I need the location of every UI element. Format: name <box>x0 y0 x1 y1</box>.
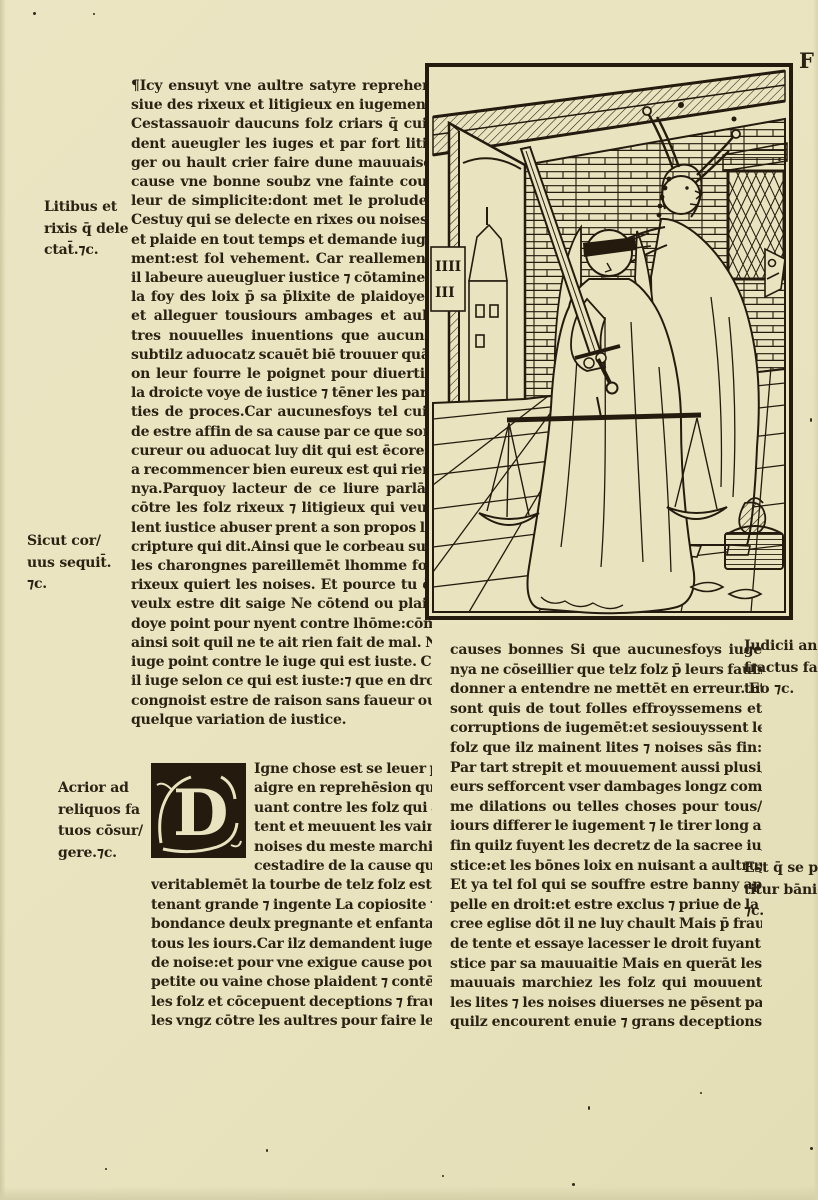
initial-letter: D <box>173 776 228 851</box>
text-line: ctat̄.⁊c. <box>44 240 144 262</box>
ink-speck <box>33 12 36 15</box>
text-line: quelque variation de iustice. <box>131 711 432 730</box>
decorated-initial-D: D <box>151 763 246 858</box>
text-line: gere.⁊c. <box>58 843 148 865</box>
marginal-note-litibus: Litibus etrixis q̄ delectat̄.⁊c. <box>44 197 144 262</box>
book-page: ¶Icy ensuyt vne aultre satyre reprehensi… <box>0 0 818 1200</box>
text-line: petite ou vaine chose plaident ⁊ contēde… <box>151 973 432 992</box>
text-line: leur de simplicite:dont met le prolude. <box>131 192 432 211</box>
marginal-note-acrior: Acrior adreliquos fatuos cōsur/gere.⁊c. <box>58 778 148 864</box>
text-line: ¶Icy ensuyt vne aultre satyre reprehen <box>131 77 432 96</box>
initial-woodcut: D <box>151 763 246 858</box>
page-edge-left <box>0 0 6 1200</box>
text-line: les charongnes pareillemēt lhomme fol <box>131 557 432 576</box>
text-line: il labeure aueugluer iustice ⁊ cōtaminer <box>131 269 432 288</box>
text-line: la droicte voye de iustice ⁊ tēner les p… <box>131 384 432 403</box>
text-line: a recommencer bien eureux est qui rien <box>131 461 432 480</box>
text-line: causes bonnes Si que aucunesfoys iuge <box>450 641 762 661</box>
woodcut-drawing: IIII III <box>429 67 789 616</box>
text-line: fin quilz fuyent les decretz de la sacre… <box>450 837 762 857</box>
ink-speck <box>700 1092 702 1094</box>
text-line: on leur fourre le poignet pour diuertir <box>131 365 432 384</box>
text-line: il iuge selon ce qui est iuste:⁊ que en … <box>131 672 432 691</box>
ink-speck <box>588 1106 590 1110</box>
woodcut-justice-and-fool: IIII III <box>425 63 793 620</box>
text-line: rixis q̄ dele <box>44 219 144 241</box>
text-line: Igne chose est se leuer plus <box>254 760 432 779</box>
text-line: mauuais marchiez les folz qui mouuent <box>450 974 762 994</box>
text-line: Litibus et <box>44 197 144 219</box>
text-line: dent aueugler les iuges et par fort liti… <box>131 135 432 154</box>
text-line: congnoist estre de raison sans faueur ou <box>131 692 432 711</box>
text-line: et alleguer tousiours ambages et aul/ <box>131 307 432 326</box>
text-line: tuos cōsur/ <box>58 821 148 843</box>
text-line: me dilations ou telles choses pour tous/ <box>450 798 762 818</box>
ink-speck <box>810 1147 813 1150</box>
text-line: siue des rixeux et litigieux en iugement <box>131 96 432 115</box>
text-line: subtilz aduocatz scauēt biē trouuer quāt <box>131 346 432 365</box>
text-line: cureur ou aduocat luy dit qui est ēcores <box>131 442 432 461</box>
numeral-IIII: IIII <box>435 259 461 275</box>
text-line: quilz encourent enuie ⁊ grans deceptions <box>450 1013 762 1033</box>
text-line: les folz et cōcepuent deceptions ⁊ fraud… <box>151 993 432 1012</box>
main-text-column-lower-left: D Igne chose est se leuer plusaigre en r… <box>151 760 432 1032</box>
text-line: tous les iours.Car ilz demandent iugemēt <box>151 935 432 954</box>
text-line: ment:est fol vehement. Car reallement <box>131 250 432 269</box>
text-line: cause vne bonne soubz vne fainte cou/ <box>131 173 432 192</box>
text-line: Sicut cor/ <box>27 531 137 553</box>
text-line: de noise:et pour vne exigue cause pour t… <box>151 954 432 973</box>
text-line: ties de proces.Car aucunesfoys tel cui/ <box>131 403 432 422</box>
text-line: cestadire de la cause qui riē ne vault M… <box>254 857 432 876</box>
ink-speck <box>810 418 812 422</box>
text-line: veulx estre dit saige Ne cōtend ou plai/ <box>131 595 432 614</box>
main-text-column-upper: ¶Icy ensuyt vne aultre satyre reprehensi… <box>131 77 432 730</box>
text-line: iuge point contre le iuge qui est iuste.… <box>131 653 432 672</box>
text-line: folz que ilz mainent lites ⁊ noises sās … <box>450 739 762 759</box>
text-line: cōtre les folz rixeux ⁊ litigieux qui ve… <box>131 499 432 518</box>
text-line: reliquos fa <box>58 800 148 822</box>
text-line: cree eglise dōt il ne luy chault Mais p̄… <box>450 915 762 935</box>
text-line: iours differer le iugement ⁊ le tirer lo… <box>450 817 762 837</box>
text-line: nya ne cōseillier que telz folz p̄ leurs… <box>450 661 762 681</box>
text-line: ger ou hault crier faire dune mauuaise <box>131 154 432 173</box>
page-edge-bottom <box>0 1186 818 1200</box>
text-line: et plaide en tout temps et demande iuge <box>131 231 432 250</box>
text-line: Par tart strepit et mouuement aussi plus… <box>450 759 762 779</box>
text-line: rixeux quiert les noises. Et pource tu q… <box>131 576 432 595</box>
text-line: ⁊c. <box>27 574 137 596</box>
marginal-note-sicut-corvus: Sicut cor/uus sequit̄.⁊c. <box>27 531 137 596</box>
text-line: veritablemēt la tourbe de telz folz est … <box>151 876 432 895</box>
roman-numerals-panel: IIII III <box>431 247 465 311</box>
ink-speck <box>778 158 781 161</box>
ink-speck <box>105 1168 107 1170</box>
main-text-column-right: causes bonnes Si que aucunesfoys iugenya… <box>450 641 762 1033</box>
text-line: eurs sefforcent vser dambages longz com <box>450 778 762 798</box>
text-line: sont quis de tout folles effroyssemens e… <box>450 700 762 720</box>
text-line: bondance deulx pregnante et enfantant <box>151 915 432 934</box>
ink-speck <box>93 13 95 15</box>
text-line: uant contre les folz qui agi <box>254 799 432 818</box>
text-line: de tente et essaye lacesser le droit fuy… <box>450 935 762 955</box>
text-line: pelle en droit:et estre exclus ⁊ priue d… <box>450 896 762 916</box>
folio-mark: F <box>799 48 814 73</box>
text-line: stice par sa mauuaitie Mais en querāt le… <box>450 955 762 975</box>
ink-speck <box>266 1149 268 1152</box>
text-line: tres nouuelles inuentions que aucuns <box>131 327 432 346</box>
text-line: cripture qui dit.Ainsi que le corbeau su… <box>131 538 432 557</box>
numeral-III: III <box>435 285 455 301</box>
text-line: Acrior ad <box>58 778 148 800</box>
text-line: donner a entendre ne mettēt en erreur. E… <box>450 680 762 700</box>
text-line: Cestassauoir daucuns folz criars q̄ cui/ <box>131 115 432 134</box>
text-line: lent iustice abuser prent a son propos l… <box>131 519 432 538</box>
text-line: Cestuy qui se delecte en rixes ou noises… <box>131 211 432 230</box>
text-line: les lites ⁊ les noises diuerses ne pēsen… <box>450 994 762 1014</box>
text-line: uus sequit̄. <box>27 553 137 575</box>
text-line: corruptions de iugemēt:et sesiouyssent l… <box>450 719 762 739</box>
text-line: la foy des loix p̄ sa p̄lixite de plaido… <box>131 288 432 307</box>
text-line: tent et meuuent les vaines <box>254 818 432 837</box>
page-edge-right <box>813 0 818 1200</box>
text-line: Et ya tel fol qui se souffre estre banny… <box>450 876 762 896</box>
text-line: doye point pour nyent contre lhōme:cōme <box>131 615 432 634</box>
text-line: stice:et les bōnes loix en nuisant a aul… <box>450 857 762 877</box>
text-line: tenant grande ⁊ ingente La copiosite ⁊ h… <box>151 896 432 915</box>
ink-speck <box>572 1183 575 1186</box>
text-line: de estre affin de sa cause par ce que so… <box>131 423 432 442</box>
text-line: les vngz cōtre les aultres pour faire le… <box>151 1012 432 1031</box>
ink-speck <box>442 1175 444 1177</box>
text-line: noises du meste marchie: <box>254 838 432 857</box>
text-line: aigre en reprehēsion que de <box>254 779 432 798</box>
text-line: nya.Parquoy lacteur de ce liure parlāt <box>131 480 432 499</box>
text-line: ainsi soit quil ne te ait rien fait de m… <box>131 634 432 653</box>
